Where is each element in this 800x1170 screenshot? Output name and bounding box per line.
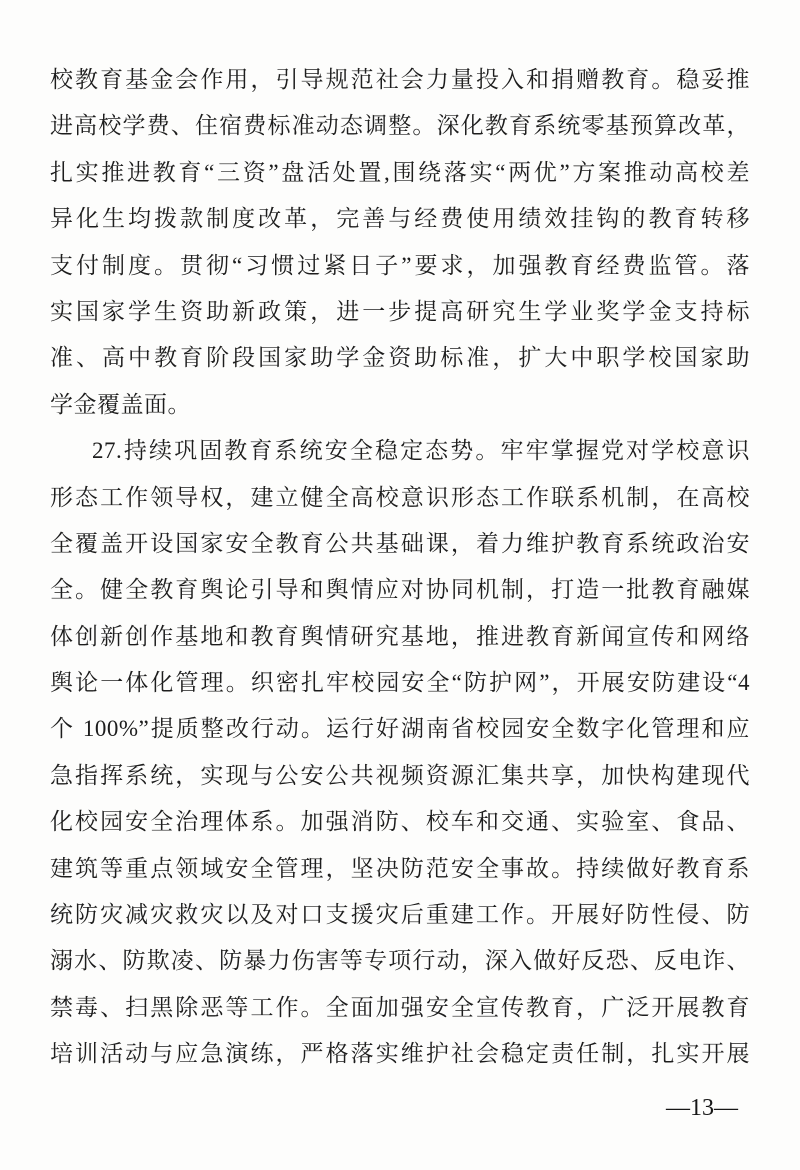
document-page: 校教育基金会作用，引导规范社会力量投入和捐赠教育。稳妥推 进高校学费、住宿费标准… (0, 0, 800, 1170)
text-line: 培训活动与应急演练，严格落实维护社会稳定责任制，扎实开展 (50, 1031, 750, 1077)
text-line: 进高校学费、住宿费标准动态调整。深化教育系统零基预算改革， (50, 103, 750, 149)
text-line: 个 100%”提质整改行动。运行好湖南省校园安全数字化管理和应 (50, 706, 750, 752)
text-line: 舆论一体化管理。织密扎牢校园安全“防护网”，开展安防建设“4 (50, 660, 750, 706)
text-line: 异化生均拨款制度改革，完善与经费使用绩效挂钩的教育转移 (50, 196, 750, 242)
text-line: 支付制度。贯彻“习惯过紧日子”要求，加强教育经费监管。落 (50, 243, 750, 289)
text-line: 急指挥系统，实现与公安公共视频资源汇集共享，加快构建现代 (50, 753, 750, 799)
text-line: 形态工作领导权，建立健全高校意识形态工作联系机制，在高校 (50, 475, 750, 521)
page-number: —13— (666, 1090, 738, 1126)
text-line: 溺水、防欺凌、防暴力伤害等专项行动，深入做好反恐、反电诈、 (50, 938, 750, 984)
text-line: 建筑等重点领域安全管理，坚决防范安全事故。持续做好教育系 (50, 846, 750, 892)
text-line: 校教育基金会作用，引导规范社会力量投入和捐赠教育。稳妥推 (50, 57, 750, 103)
text-line: 体创新创作基地和教育舆情研究基地，推进教育新闻宣传和网络 (50, 614, 750, 660)
text-line: 全覆盖开设国家安全教育公共基础课，着力维护教育系统政治安 (50, 521, 750, 567)
text-line: 全。健全教育舆论引导和舆情应对协同机制，打造一批教育融媒 (50, 567, 750, 613)
text-line: 扎实推进教育“三资”盘活处置,围绕落实“两优”方案推动高校差 (50, 150, 750, 196)
text-line: 准、高中教育阶段国家助学金资助标准，扩大中职学校国家助 (50, 335, 750, 381)
document-body: 校教育基金会作用，引导规范社会力量投入和捐赠教育。稳妥推 进高校学费、住宿费标准… (50, 57, 750, 1078)
text-line: 化校园安全治理体系。加强消防、校车和交通、实验室、食品、 (50, 799, 750, 845)
text-line: 禁毒、扫黑除恶等工作。全面加强安全宣传教育，广泛开展教育 (50, 985, 750, 1031)
text-line: 统防灾减灾救灾以及对口支援灾后重建工作。开展好防性侵、防 (50, 892, 750, 938)
text-line-paragraph-end: 学金覆盖面。 (50, 382, 750, 428)
text-line-item-27-heading: 27.持续巩固教育系统安全稳定态势。牢牢掌握党对学校意识 (50, 428, 750, 474)
text-line: 实国家学生资助新政策，进一步提高研究生学业奖学金支持标 (50, 289, 750, 335)
